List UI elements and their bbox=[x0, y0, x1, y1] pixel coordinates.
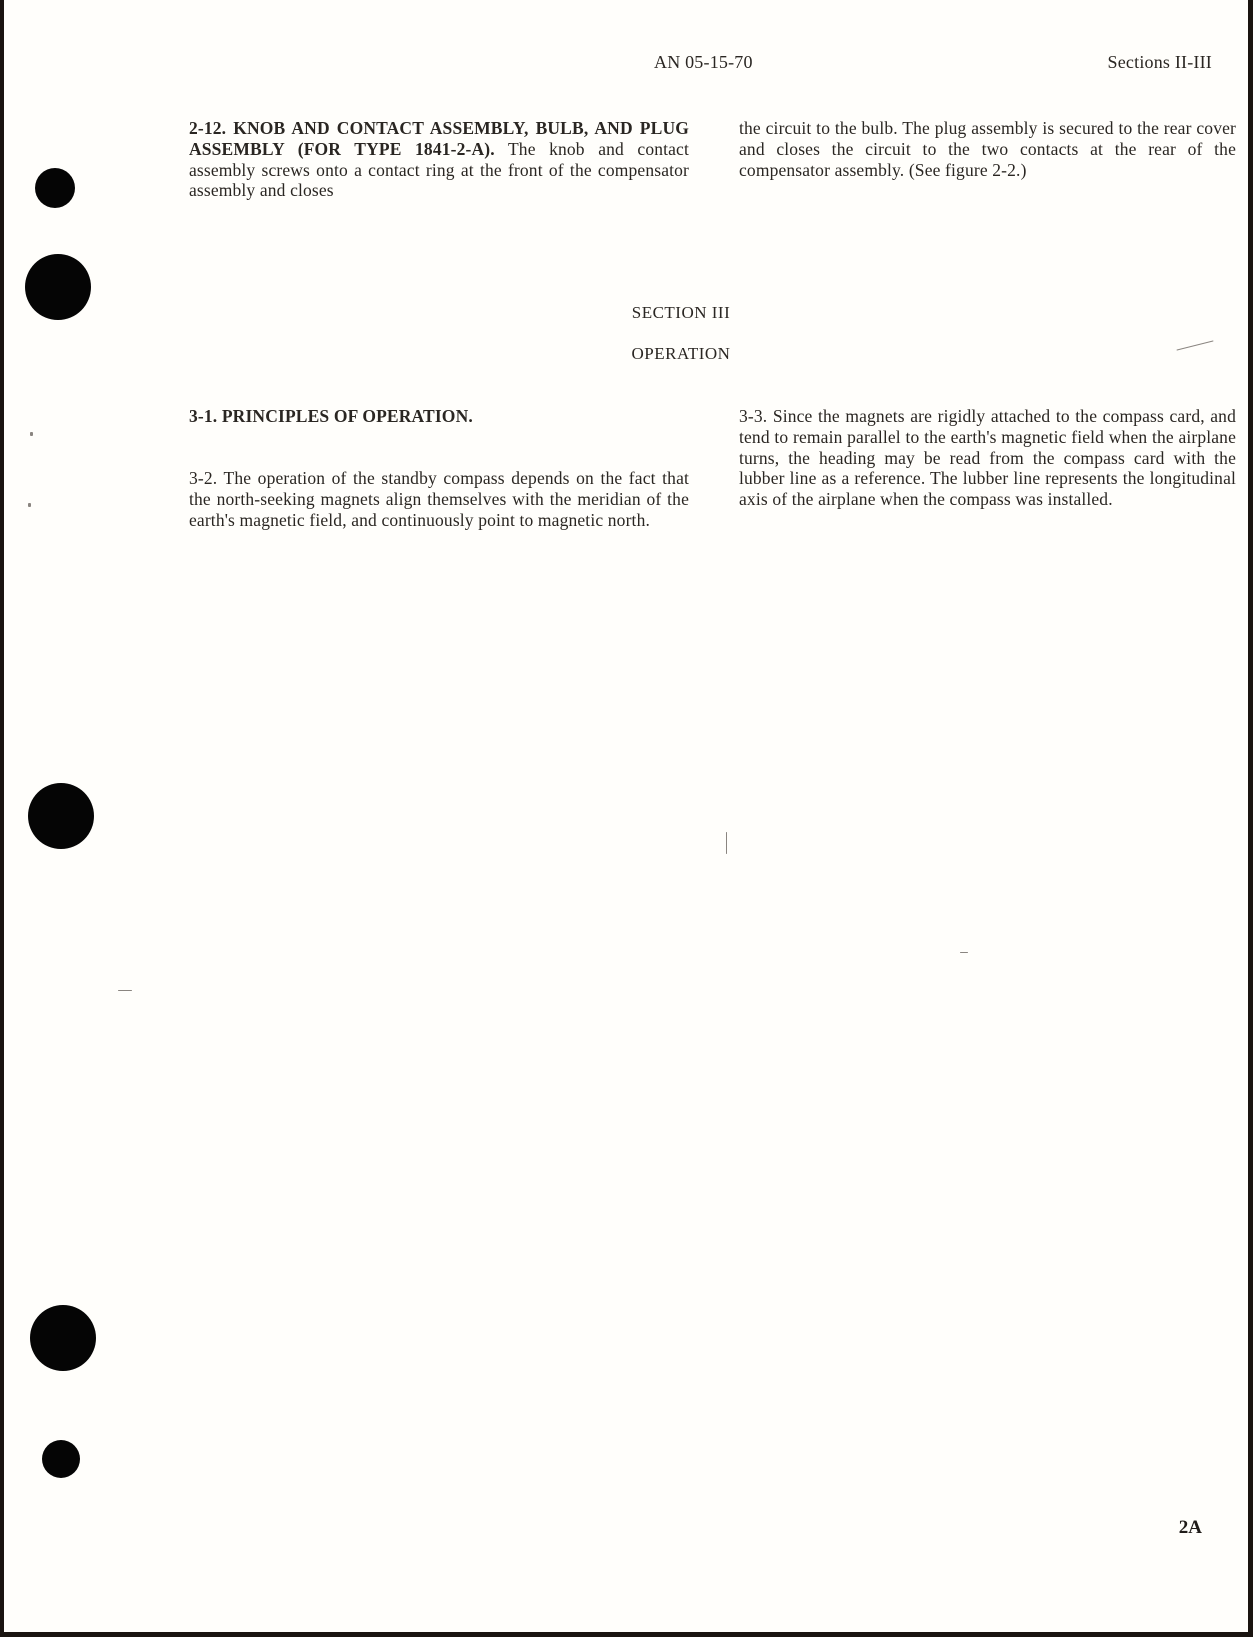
scan-speck bbox=[960, 952, 968, 953]
scan-speck bbox=[118, 990, 132, 991]
section-title: OPERATION bbox=[4, 344, 1248, 364]
scan-speck bbox=[28, 503, 31, 507]
paragraph-3-2: 3-2. The operation of the standby compas… bbox=[189, 468, 689, 530]
scan-speck bbox=[726, 832, 727, 854]
document-number: AN 05-15-70 bbox=[654, 52, 753, 73]
binder-hole-5 bbox=[42, 1440, 80, 1478]
paragraph-3-3: 3-3. Since the magnets are rigidly attac… bbox=[739, 406, 1236, 510]
page-number: 2A bbox=[1179, 1517, 1202, 1539]
binder-hole-3 bbox=[28, 783, 94, 849]
paragraph-2-12-left: 2-12. KNOB AND CONTACT ASSEMBLY, BULB, A… bbox=[189, 118, 689, 201]
section-number: SECTION III bbox=[4, 303, 1248, 323]
paragraph-3-1-heading: 3-1. PRINCIPLES OF OPERATION. bbox=[189, 406, 689, 427]
paragraph-3-2-text: 3-2. The operation of the standby compas… bbox=[189, 468, 689, 530]
paragraph-3-3-text: 3-3. Since the magnets are rigidly attac… bbox=[739, 406, 1236, 510]
paragraph-3-1: 3-1. PRINCIPLES OF OPERATION. bbox=[189, 406, 689, 427]
binder-hole-1 bbox=[35, 168, 75, 208]
binder-hole-4 bbox=[30, 1305, 96, 1371]
paragraph-2-12-right: the circuit to the bulb. The plug assemb… bbox=[739, 118, 1236, 180]
document-page: AN 05-15-70 Sections II-III 2-12. KNOB A… bbox=[4, 0, 1248, 1632]
scan-speck bbox=[30, 432, 33, 436]
section-range: Sections II-III bbox=[1108, 52, 1212, 73]
paragraph-2-12-body-right: the circuit to the bulb. The plug assemb… bbox=[739, 118, 1236, 180]
